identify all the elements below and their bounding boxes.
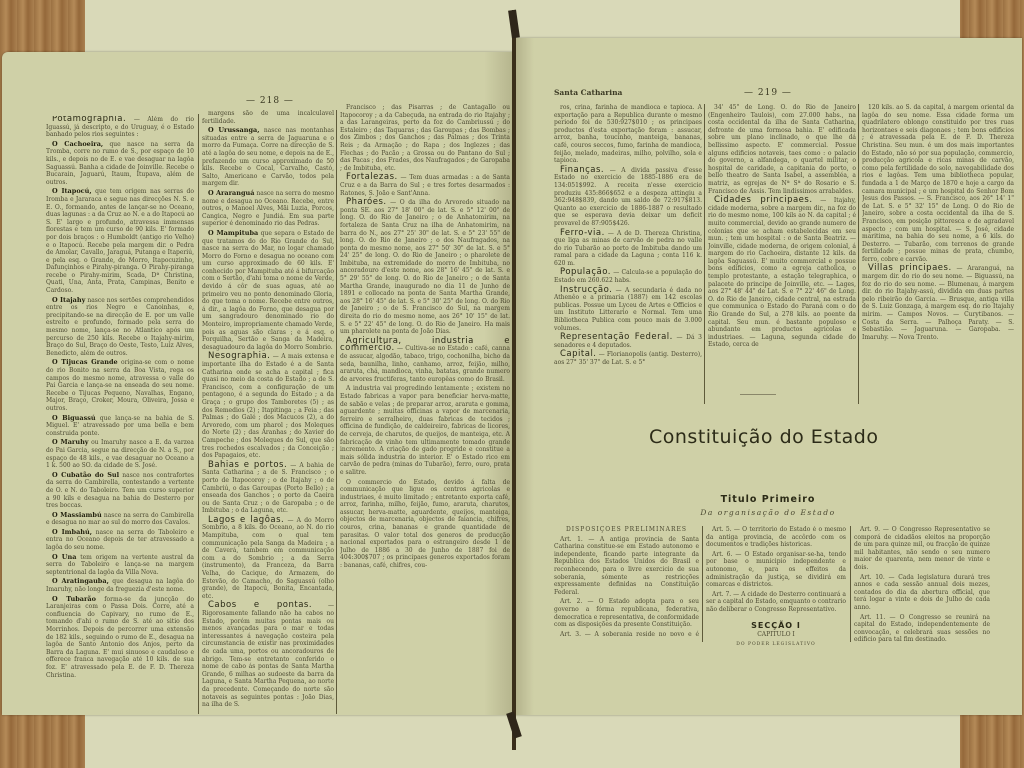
paragraph-heading: O Itajahy (52, 297, 85, 304)
article-1: Art. 1. — A antiga provincia de Santa Ca… (554, 536, 699, 597)
right-page-column-1: ros, crina, farinha de mandioca e tapioc… (554, 104, 702, 394)
paragraph-heading: O Urussanga, (208, 127, 259, 134)
titulo-subheading: Da organisação do Estado (514, 508, 1022, 517)
column-divider (850, 526, 851, 642)
article-7: Art. 7. — A cidade do Desterro continuar… (706, 591, 846, 614)
column-divider (336, 110, 337, 714)
paragraph: O Imbahú, nasce na serra do Taboleiro e … (46, 529, 194, 552)
paragraph: A industria vai progredindo lentamente ;… (340, 385, 510, 476)
paragraph: 120 kils. ao S. da capital, á margem ori… (862, 104, 1014, 263)
paragraph-heading: Potamographia. (52, 116, 126, 124)
paragraph: População. — Calcula-se a população do E… (554, 269, 702, 284)
capitulo-heading: CAPITULO I (706, 631, 846, 639)
paragraph-heading: Instrucção. (560, 285, 612, 295)
paragraph: Bahias e portos. — A bahia de Santa Cath… (202, 462, 334, 515)
paragraph-heading: O Cachoeira, (52, 141, 103, 148)
paragraph-heading: Representação Federal. (560, 332, 673, 342)
paragraph-heading: O Tubarão (52, 596, 96, 603)
paragraph-heading: O Maruhy (52, 439, 89, 446)
paragraph-heading: Cidades principaes. (714, 195, 813, 205)
paragraph: O Cubatão do Sul nasce nos contrafortes … (46, 472, 194, 510)
left-page-column-1: Potamographia. — Além do rio Iguassú, já… (46, 116, 194, 714)
left-page-column-2: margens são de uma incalculavel fertilid… (202, 110, 334, 714)
paragraph-heading: Finanças. (560, 165, 604, 175)
paragraph-heading: Villas principaes. (868, 263, 952, 273)
capitulo-subheading: DO PODER LEGISLATIVO (706, 641, 846, 646)
paragraph: O Tubarão forma-se da juncção do Laranje… (46, 596, 194, 680)
paragraph-heading: Fortalezas. (346, 172, 398, 182)
section-rule (740, 394, 776, 395)
paragraph: Cidades principaes. — Itajahy, cidade mo… (708, 197, 856, 349)
paragraph: Nesographia. — A mais extensa e importan… (202, 353, 334, 459)
article-3: Art. 3. — A soberania reside no povo e é… (554, 631, 699, 636)
column-divider (198, 114, 199, 714)
articles-right-column: Art. 9. — O Congresso Representativo se … (854, 526, 990, 646)
paragraph-heading: O Massiambú (52, 512, 102, 519)
paragraph: Instrucção. — A secundaria é dada no Ath… (554, 287, 702, 333)
paragraph: O Mampituba que separa o Estado de que t… (202, 230, 334, 352)
page-number-219: — 219 — (744, 88, 792, 98)
right-page-column-3: 120 kils. ao S. da capital, á margem ori… (862, 104, 1014, 394)
paragraph: O commercio do Estado, devido á falta de… (340, 479, 510, 570)
paragraph-heading: Nesographia. (208, 351, 270, 361)
paragraph: ros, crina, farinha de mandioca e tapioc… (554, 104, 702, 165)
articles-middle-column: Art. 5. — O territorio do Estado é o mes… (706, 526, 846, 646)
paragraph: O Biguassú que lança-se na bahia de S. M… (46, 415, 194, 438)
article-5: Art. 5. — O territorio do Estado é o mes… (706, 526, 846, 549)
paragraph: Villas principaes. — Araranguá, na marge… (862, 265, 1014, 341)
paragraph-heading: O Cubatão do Sul (52, 472, 119, 479)
column-divider (858, 104, 859, 404)
column-divider (702, 526, 703, 642)
paragraph: O Itapocú, que tem origem nas serras do … (46, 188, 194, 294)
article-6: Art. 6. — O Estado organisar-se-ha, tend… (706, 551, 846, 589)
paragraph: Cabos e pontas. — Rigorosamente fallando… (202, 602, 334, 708)
book-spine (512, 10, 516, 750)
paragraph: Potamographia. — Além do rio Iguassú, já… (46, 116, 194, 139)
paragraph: 34' 45" de Long. O. do Rio de Janeiro (E… (708, 104, 856, 195)
left-page-column-3: Francisco ; das Pisarras ; de Cantagallo… (340, 104, 510, 714)
right-page-column-2: 34' 45" de Long. O. do Rio de Janeiro (E… (708, 104, 856, 394)
paragraph: O Una tem origem na vertente austral da … (46, 554, 194, 577)
right-page: Santa Catharina — 219 — ros, crina, fari… (514, 38, 1022, 715)
paragraph-heading: O Biguassú (52, 415, 96, 422)
paragraph: O Cachoeira, que nasce na serra da Tromb… (46, 141, 194, 187)
paragraph: Representação Federal. — Dá 3 senadores … (554, 334, 702, 349)
paragraph: O Massiambú nasce na serra do Cambirella… (46, 512, 194, 527)
left-page: — 218 — Potamographia. — Além do rio Igu… (2, 52, 514, 715)
paragraph: Agricultura, industria e commercio. — Cu… (340, 338, 510, 384)
paragraph-heading: Capital. (560, 349, 597, 359)
paragraph: O Urussanga, nasce nas montanhas situada… (202, 127, 334, 188)
page-number-218: — 218 — (246, 96, 294, 106)
constitution-title: Constituição do Estado (649, 426, 879, 448)
paragraph: Fortalezas. — Tem duas armadas : a de Sa… (340, 174, 510, 197)
column-divider (704, 104, 705, 404)
disposicoes-column: DISPOSIÇÕES PRELIMINARES Art. 1. — A ant… (554, 526, 699, 636)
paragraph-heading: O Mampituba (208, 230, 258, 237)
paragraph: Finanças. — A divida passiva d'esse Esta… (554, 167, 702, 228)
paragraph-heading: Ferro-via. (560, 228, 605, 238)
paragraph: O Tijucas Grande origina-se com o nome d… (46, 359, 194, 412)
paragraph-heading: O Itapocú, (52, 188, 92, 195)
paragraph: O Maruhy ou Imaruhy nasce a E. da varzea… (46, 439, 194, 469)
paragraph: Ferro-via. — A de D. Thereza Christina, … (554, 230, 702, 268)
paragraph-heading: Cabos e pontas. (208, 600, 312, 610)
paragraph: Capital. — Florianopolis (antig. Desterr… (554, 351, 702, 366)
paragraph: O Aratingauba, que desagua na lagôa do I… (46, 578, 194, 593)
paragraph-heading: Pharóes. (346, 197, 387, 207)
paragraph: O Itajahy nasce nos sertões comprehendid… (46, 297, 194, 358)
paragraph-heading: Bahias e portos. (208, 460, 287, 470)
article-11: Art. 11. — O Congresso se reunirá na cap… (854, 614, 990, 644)
paragraph-heading: Lagos e lagôas. (208, 515, 284, 525)
running-head: Santa Catharina (554, 88, 622, 97)
paragraph: O Araranguá nasce na serra do mesmo nome… (202, 190, 334, 228)
paragraph-heading: O Tijucas Grande (52, 359, 118, 366)
paragraph-heading: O Araranguá (208, 190, 254, 197)
paragraph-heading: O Aratingauba, (52, 578, 109, 585)
paragraph: Pharóes. — O da ilha do Arvoredo situado… (340, 199, 510, 336)
disposicoes-heading: DISPOSIÇÕES PRELIMINARES (554, 526, 699, 534)
paragraph: Francisco ; das Pisarras ; de Cantagallo… (340, 104, 510, 172)
seccao-heading: SECÇÃO I (706, 622, 846, 630)
paragraph-heading: População. (560, 267, 611, 277)
paragraph: margens são de uma incalculavel fertilid… (202, 110, 334, 125)
paragraph: Lagos e lagôas. — A do Morro Sombrio, a … (202, 517, 334, 601)
paragraph-heading: O Una (52, 554, 76, 561)
article-10: Art. 10. — Cada legislatura durará tres … (854, 574, 990, 612)
paragraph-heading: Agricultura, industria e commercio. (340, 336, 510, 354)
article-9: Art. 9. — O Congresso Representativo se … (854, 526, 990, 572)
article-2: Art. 2. — O Estado adopta para o seu gov… (554, 598, 699, 628)
paragraph-heading: O Imbahú, (52, 529, 92, 536)
titulo-heading: Titulo Primeiro (514, 494, 1022, 505)
